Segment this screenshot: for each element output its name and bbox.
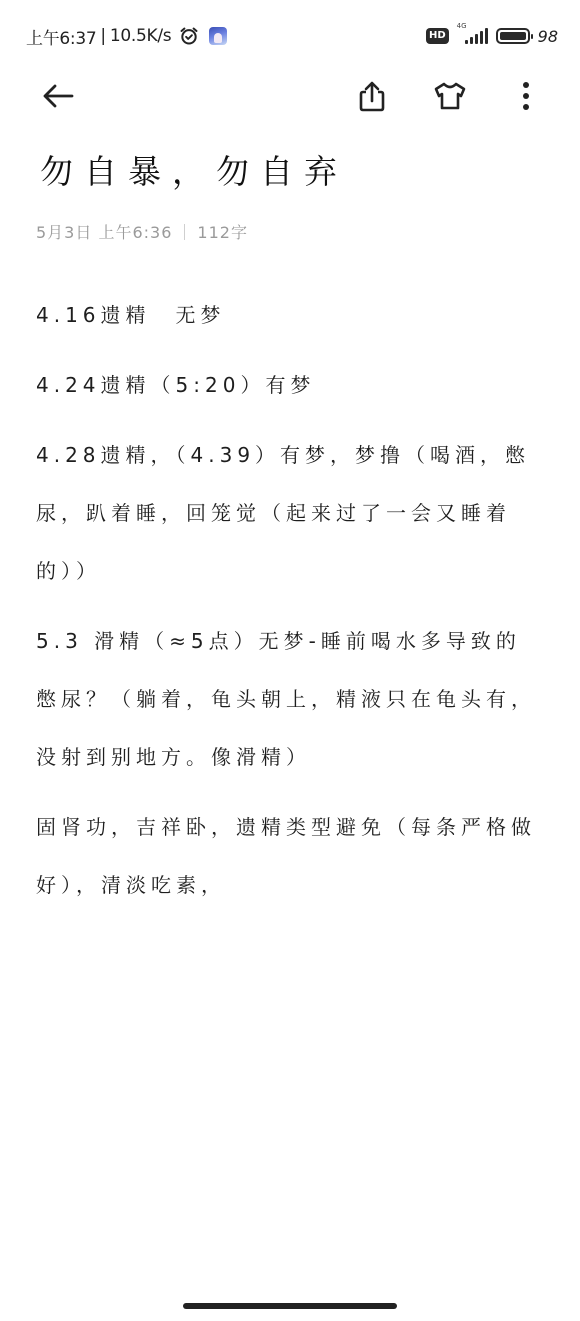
- app-notification-icon: [209, 27, 227, 45]
- alarm-clock-icon: [179, 26, 199, 46]
- share-button[interactable]: [352, 76, 392, 116]
- more-vertical-icon: [521, 81, 531, 111]
- home-gesture-bar[interactable]: [183, 1303, 397, 1309]
- network-speed: 10.5K/s: [110, 26, 171, 46]
- battery-icon: [496, 28, 530, 44]
- note-meta: 5月3日 上午6:36 112字: [36, 220, 248, 243]
- status-separator: |: [100, 26, 105, 46]
- arrow-left-icon: [41, 83, 75, 109]
- hd-voice-badge: HD: [426, 28, 449, 44]
- network-type-label: 4G: [457, 22, 467, 30]
- note-paragraph[interactable]: 4.24遗精（5:20）有梦: [36, 356, 544, 414]
- status-bar: 上午6:37 | 10.5K/s HD 4G 98: [0, 0, 580, 70]
- note-word-count: 112字: [197, 220, 248, 243]
- theme-button[interactable]: [430, 76, 470, 116]
- note-body-editor[interactable]: 4.16遗精 无梦 4.24遗精（5:20）有梦 4.28遗精，（4.39）有梦…: [36, 286, 544, 926]
- tshirt-theme-icon: [433, 81, 467, 111]
- note-paragraph[interactable]: 固肾功，吉祥卧，遗精类型避免（每条严格做好），清淡吃素，: [36, 798, 544, 914]
- status-left: 上午6:37 | 10.5K/s: [26, 24, 227, 48]
- share-icon: [358, 80, 386, 112]
- note-paragraph[interactable]: 5.3 滑精（≈5点）无梦-睡前喝水多导致的憋尿？（躺着，龟头朝上，精液只在龟头…: [36, 612, 544, 786]
- status-time: 上午6:37: [26, 24, 96, 49]
- battery-percent: 98: [538, 27, 558, 46]
- note-title[interactable]: 勿自暴，勿自弃: [40, 146, 348, 193]
- meta-divider: [184, 224, 185, 240]
- note-toolbar: [0, 70, 580, 120]
- note-paragraph[interactable]: 4.16遗精 无梦: [36, 286, 544, 344]
- note-date: 5月3日 上午6:36: [36, 220, 172, 243]
- note-paragraph[interactable]: 4.28遗精，（4.39）有梦，梦撸（喝酒，憋尿，趴着睡，回笼觉（起来过了一会又…: [36, 426, 544, 600]
- more-options-button[interactable]: [506, 76, 546, 116]
- status-right: HD 4G 98: [426, 24, 558, 48]
- cellular-signal-icon: 4G: [457, 28, 488, 44]
- back-button[interactable]: [38, 76, 78, 116]
